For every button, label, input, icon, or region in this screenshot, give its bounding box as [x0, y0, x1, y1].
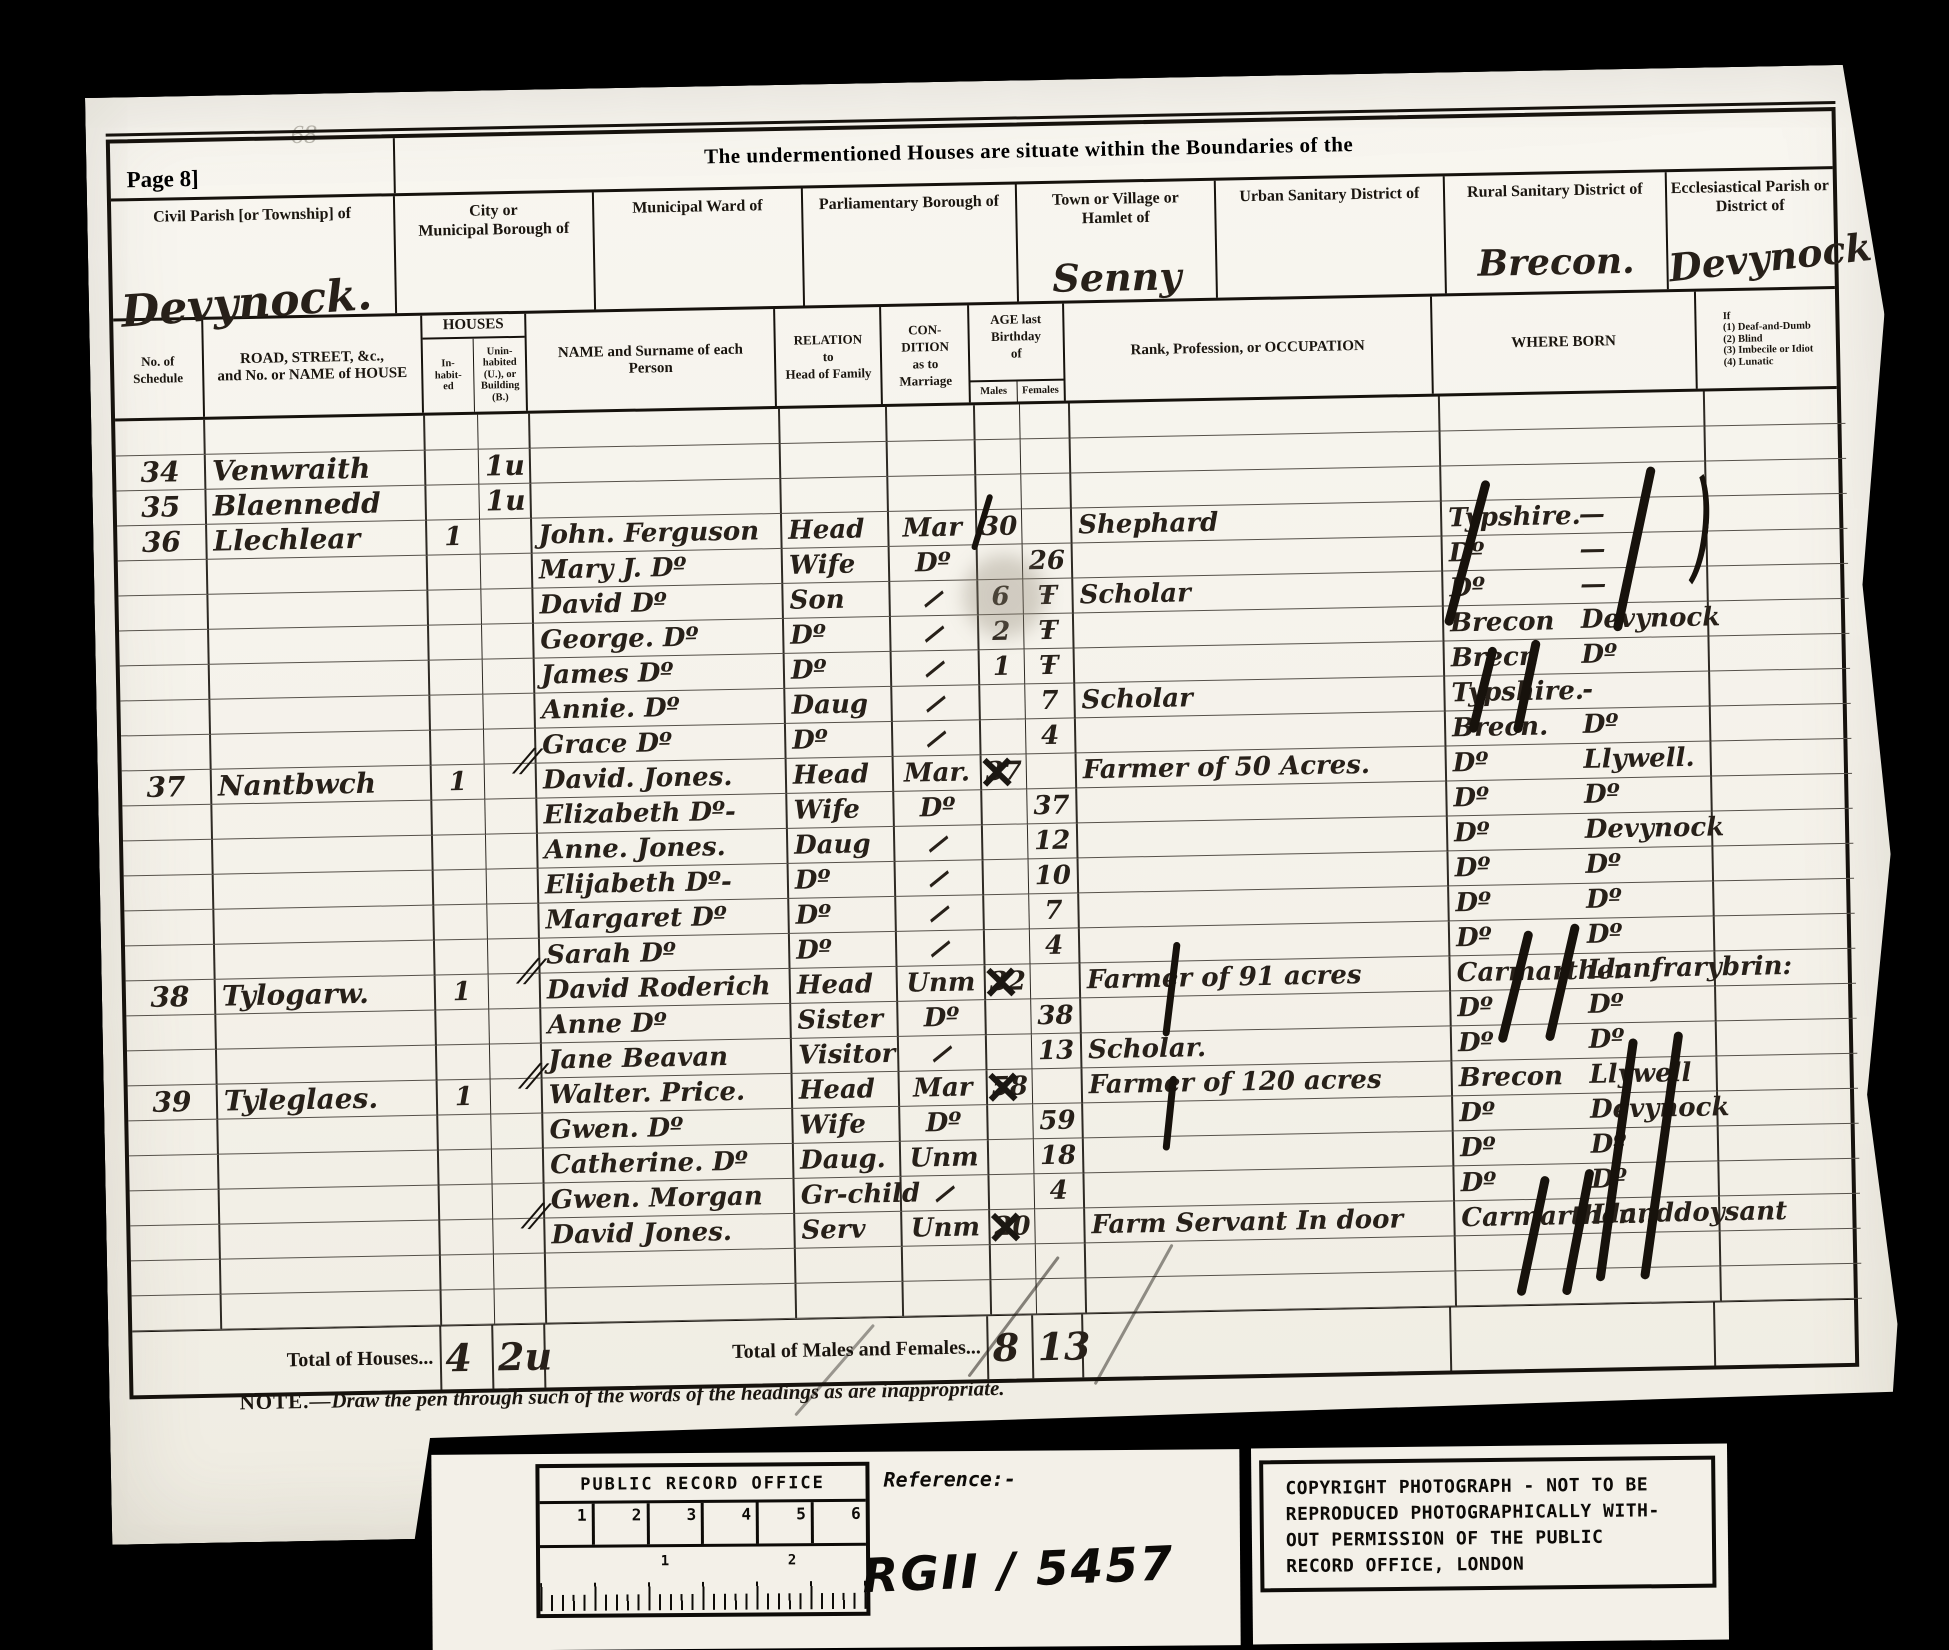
cell-born: Typshire.—	[1442, 497, 1708, 537]
cell-born: DºDº	[1451, 986, 1717, 1026]
cell-house	[218, 1116, 439, 1155]
cell-condition: Unm	[901, 1140, 990, 1177]
cell-inhab	[434, 905, 488, 941]
cell-age_f: 26	[1023, 543, 1074, 579]
header-where-born: WHERE BORN	[1432, 292, 1698, 394]
cell-house	[214, 906, 435, 945]
cell-name: ∕∕David Jones.	[545, 1214, 796, 1254]
cell-age_f: 37	[1027, 788, 1078, 824]
cell-age_m: 58	[987, 1069, 1033, 1105]
cell-age_f	[1027, 753, 1078, 789]
cell-name: David Dº	[533, 584, 784, 624]
cell-infirm	[1720, 1194, 1861, 1232]
header-houses: HOUSES	[422, 314, 525, 340]
district-town-village: Town or Village or Hamlet of Senny	[1017, 181, 1218, 302]
cell-relation: Sister	[791, 1002, 899, 1039]
cell-infirm	[1714, 879, 1855, 917]
cell-age_f	[1032, 1068, 1083, 1104]
district-label: Municipal Ward of	[594, 196, 801, 219]
cell-house	[216, 1011, 437, 1050]
header-occupation: Rank, Profession, or OCCUPATION	[1064, 297, 1434, 401]
cell-age_m	[976, 474, 1022, 510]
cell-name: Jane Beavan	[542, 1039, 793, 1079]
header-age: AGE last Birthday of	[969, 304, 1063, 381]
cell-infirm	[1705, 389, 1846, 427]
cell-schedule: 39	[128, 1085, 219, 1122]
cell-uninhab	[494, 1254, 547, 1290]
cell-condition: —	[897, 930, 986, 967]
cell-inhab: 1	[432, 765, 486, 801]
cell-condition: Dº	[890, 545, 979, 582]
district-value: Senny	[1018, 253, 1216, 302]
cell-infirm	[1721, 1264, 1862, 1302]
cell-condition	[888, 440, 977, 477]
cell-born	[1440, 392, 1706, 432]
cell-relation: Head	[791, 967, 899, 1004]
cell-born: DºDº	[1454, 1126, 1720, 1166]
scale-cells: 123456	[540, 1502, 866, 1548]
total-houses-label-cell: Total of Houses...	[132, 1327, 442, 1396]
district-label: Rural Sanitary District of	[1445, 179, 1665, 202]
cell-relation: Head	[782, 512, 890, 549]
cell-age_f: 10	[1029, 858, 1080, 894]
cell-age_m: 6	[978, 579, 1024, 615]
cell-uninhab	[487, 869, 540, 905]
cell-born: DºDº	[1452, 1021, 1718, 1061]
cell-age_m: 2	[979, 614, 1025, 650]
cell-relation: Dº	[785, 652, 893, 689]
cell-infirm	[1713, 844, 1854, 882]
cell-condition: Dº	[894, 790, 983, 827]
cell-schedule: 38	[126, 980, 217, 1017]
cell-inhab	[432, 800, 486, 836]
cell-age_f	[1022, 508, 1073, 544]
cell-age_f: 59	[1033, 1103, 1084, 1139]
cell-age_m: 1	[980, 649, 1026, 685]
scale-cell: 6	[814, 1502, 866, 1543]
cell-age_f	[1021, 473, 1072, 509]
cell-relation: Visitor	[792, 1037, 900, 1074]
cell-relation: Dº	[789, 862, 897, 899]
cell-name: John. Ferguson	[532, 514, 783, 554]
cell-inhab	[439, 1150, 493, 1186]
cell-relation	[781, 477, 889, 514]
cell-born	[1441, 462, 1707, 502]
cell-schedule	[120, 665, 211, 702]
cell-infirm	[1716, 984, 1857, 1022]
cell-house	[213, 836, 434, 875]
cell-name: Anne Dº	[541, 1004, 792, 1044]
district-civil-parish: Civil Parish [or Township] of Devynock.	[111, 196, 397, 318]
cell-born	[1456, 1231, 1722, 1271]
copyright-text: COPYRIGHT PHOTOGRAPH - NOT TO BE REPRODU…	[1259, 1456, 1716, 1593]
cell-relation: Head	[793, 1072, 901, 1109]
cell-uninhab	[478, 414, 531, 450]
total-females: 13	[1033, 1314, 1084, 1378]
cell-age_m	[991, 1244, 1037, 1280]
cell-condition: —	[896, 895, 985, 932]
cell-infirm	[1708, 564, 1849, 602]
cell-age_m	[980, 684, 1026, 720]
cell-schedule	[125, 945, 216, 982]
district-label: Civil Parish [or Township] of	[111, 203, 393, 227]
cell-infirm	[1715, 914, 1856, 952]
cell-name: James Dº	[535, 654, 786, 694]
cell-name: ∕∕Walter. Price.	[543, 1074, 794, 1114]
cell-house	[205, 416, 426, 455]
household-separator: ∕∕	[523, 955, 540, 989]
cell-schedule: 34	[116, 455, 207, 492]
page-number: Page 8]	[110, 138, 396, 198]
cell-schedule	[131, 1260, 222, 1297]
cell-schedule	[118, 560, 209, 597]
census-table: Page 8] The undermentioned Houses are si…	[106, 107, 1859, 1399]
cell-age_f	[1021, 438, 1072, 474]
cell-inhab	[429, 625, 483, 661]
cell-name: Grace Dº	[536, 724, 787, 764]
cell-schedule	[123, 840, 214, 877]
cell-relation: Head	[787, 757, 895, 794]
cell-age_m	[989, 1139, 1035, 1175]
cell-age_f: Ŧ	[1025, 648, 1076, 684]
household-separator: ∕∕	[525, 1060, 542, 1094]
cell-uninhab	[482, 624, 535, 660]
cell-house	[222, 1290, 443, 1329]
header-age-females: Females	[1017, 381, 1063, 402]
cell-house	[211, 731, 432, 770]
header-road-street: ROAD, STREET, &c., and No. or NAME of HO…	[203, 316, 424, 417]
district-label: Urban Sanitary District of	[1216, 183, 1443, 206]
cell-relation: Wife	[783, 547, 891, 584]
cell-condition: —	[892, 685, 981, 722]
header-infirmity: If (1) Deaf-and-Dumb (2) Blind (3) Imbec…	[1696, 289, 1837, 389]
cell-name: ∕∕David. Jones.	[537, 759, 788, 799]
cell-schedule	[126, 1015, 217, 1052]
cell-house	[210, 696, 431, 735]
cell-infirm	[1709, 634, 1850, 672]
cell-name: Catherine. Dº	[544, 1144, 795, 1184]
cell-infirm	[1712, 774, 1853, 812]
cell-inhab	[431, 730, 485, 766]
cell-inhab: 1	[436, 975, 490, 1011]
cell-house: Tylogarw.	[216, 976, 437, 1015]
cell-age_m	[976, 439, 1022, 475]
cell-condition	[887, 405, 976, 442]
scale-cell: 1	[540, 1504, 595, 1545]
header-inhabited: In- habit- ed	[422, 339, 475, 413]
cell-inhab	[438, 1115, 492, 1151]
cell-age_f: 7	[1025, 683, 1076, 719]
cell-born: BreconLlywell	[1452, 1056, 1718, 1096]
cell-condition: Dº	[900, 1105, 989, 1142]
scale-cell: 3	[649, 1503, 704, 1544]
census-paper-sheet: 68 Page 8] The undermentioned Houses are…	[85, 64, 1907, 1545]
cell-age_m	[984, 859, 1030, 895]
ruler-number: 2	[788, 1552, 797, 1568]
cell-relation: Son	[783, 582, 891, 619]
cell-relation	[796, 1282, 904, 1319]
cell-uninhab	[486, 834, 539, 870]
cell-infirm	[1715, 949, 1856, 987]
cell-infirm	[1706, 459, 1847, 497]
cell-condition: —	[891, 615, 980, 652]
cell-schedule	[124, 910, 215, 947]
ruler: 12	[540, 1546, 866, 1611]
cell-inhab	[434, 870, 488, 906]
cell-born: BreconDevynock	[1444, 601, 1710, 641]
cell-born: DºDº	[1448, 846, 1714, 886]
cell-inhab	[436, 1010, 490, 1046]
household-separator: ∕∕	[519, 745, 536, 779]
header-condition: CON- DITION as to Marriage	[882, 305, 971, 404]
cell-born: Dº—	[1443, 531, 1709, 571]
cell-age_f: 4	[1026, 718, 1077, 754]
cell-schedule: 37	[122, 770, 213, 807]
cell-house	[219, 1151, 440, 1190]
cell-condition: —	[890, 580, 979, 617]
cell-infirm	[1705, 424, 1846, 462]
cell-age_f: Ŧ	[1023, 578, 1074, 614]
cell-name: Gwen. Morgan	[545, 1179, 796, 1219]
cell-age_f	[1030, 963, 1081, 999]
cell-condition: Dº	[898, 1000, 987, 1037]
cell-relation: Wife	[787, 792, 895, 829]
cell-condition: —	[893, 720, 982, 757]
cell-condition	[888, 475, 977, 512]
cell-born	[1441, 427, 1707, 467]
cell-age_f: 7	[1029, 893, 1080, 929]
cell-name: Gwen. Dº	[543, 1109, 794, 1149]
cell-infirm	[1709, 599, 1850, 637]
cell-infirm	[1707, 529, 1848, 567]
cell-condition: —	[895, 825, 984, 862]
cell-name	[531, 479, 782, 519]
cell-infirm	[1707, 494, 1848, 532]
scale-cell: 4	[704, 1503, 759, 1544]
cell-inhab	[440, 1185, 494, 1221]
cell-house	[208, 591, 429, 630]
cell-relation: Gr-child	[794, 1177, 902, 1214]
cell-born: DºDº	[1449, 881, 1715, 921]
cell-condition: —	[901, 1175, 990, 1212]
cell-house	[220, 1221, 441, 1260]
cell-house: Blaennedd	[206, 486, 427, 525]
cell-born: DºDº	[1450, 916, 1716, 956]
cell-inhab	[428, 590, 482, 626]
cell-house	[210, 661, 431, 700]
cell-inhab	[441, 1254, 495, 1290]
cell-age_f: 4	[1030, 928, 1081, 964]
cell-uninhab	[495, 1289, 548, 1325]
reference-number: RGII / 5457	[861, 1536, 1175, 1604]
cell-age_f	[1020, 403, 1071, 439]
district-value: Brecon.	[1446, 239, 1667, 285]
cell-age_f: 4	[1034, 1173, 1085, 1209]
cell-inhab: 1	[438, 1080, 492, 1116]
cell-born	[1456, 1266, 1722, 1306]
cell-infirm	[1713, 809, 1854, 847]
cell-relation: Wife	[793, 1107, 901, 1144]
cell-age_m	[988, 1104, 1034, 1140]
cell-age_m: 20	[990, 1209, 1036, 1245]
header-name-surname: NAME and Surname of each Person	[526, 309, 777, 411]
cell-infirm	[1710, 669, 1851, 707]
cell-uninhab	[489, 1009, 542, 1045]
scale-cell: 5	[759, 1502, 814, 1543]
cell-condition	[903, 1245, 992, 1282]
district-parliamentary-borough: Parliamentary Borough of	[803, 184, 1019, 305]
cell-relation: Daug.	[794, 1142, 902, 1179]
cell-born: CarmarthenLlanfrarybrin:	[1450, 951, 1716, 991]
cell-inhab	[428, 555, 482, 591]
census-scan-page: { "page": { "label": "Page 8]", "title":…	[0, 0, 1949, 1650]
cell-age_f: 38	[1031, 998, 1082, 1034]
district-city-borough: City or Municipal Borough of	[395, 192, 596, 313]
cell-relation: Serv	[795, 1212, 903, 1249]
cell-born: Brecn.Dº	[1446, 706, 1712, 746]
cell-schedule	[129, 1155, 220, 1192]
cell-condition: Unm	[902, 1210, 991, 1247]
cell-relation: Dº	[786, 722, 894, 759]
scale-cell: 2	[594, 1503, 649, 1544]
cell-schedule	[119, 630, 210, 667]
cell-name	[546, 1249, 797, 1289]
cell-age_m	[978, 544, 1024, 580]
cell-condition: —	[896, 860, 985, 897]
cell-uninhab: 1u	[479, 484, 532, 520]
district-ecclesiastical-parish: Ecclesiastical Parish or District of Dev…	[1666, 169, 1834, 289]
cell-uninhab	[492, 1149, 545, 1185]
cell-schedule	[130, 1225, 221, 1262]
total-inhabited: 4	[441, 1326, 495, 1390]
cell-house: Llechlear	[207, 521, 428, 560]
cell-age_f: 18	[1034, 1138, 1085, 1174]
cell-inhab	[442, 1289, 496, 1325]
ruler-number: 1	[661, 1553, 670, 1569]
total-uninhabited: 2u	[493, 1325, 546, 1389]
cell-schedule: 36	[117, 525, 208, 562]
cell-uninhab	[485, 799, 538, 835]
cell-born: DºDevynock	[1453, 1091, 1719, 1131]
header-uninhabited: Unin- habited (U.), or Building (B.)	[474, 338, 526, 412]
cell-inhab	[433, 835, 487, 871]
cell-house	[212, 801, 433, 840]
header-age-group: AGE last Birthday of Males Females	[969, 304, 1065, 403]
cell-uninhab	[481, 554, 534, 590]
cell-relation	[781, 442, 889, 479]
cell-uninhab	[481, 589, 534, 625]
cell-age_f: 12	[1028, 823, 1079, 859]
cell-age_m	[991, 1279, 1037, 1315]
total-males: 8	[988, 1315, 1034, 1379]
cell-inhab	[426, 485, 480, 521]
pro-scale-box: PUBLIC RECORD OFFICE 123456 12	[535, 1462, 870, 1618]
cell-age_m	[986, 999, 1032, 1035]
cell-relation: Daug	[785, 687, 893, 724]
cell-house: Venwraith	[206, 451, 427, 490]
district-value: Devynock	[1666, 228, 1836, 290]
cell-born: Carmarthen.Llanddoysant	[1455, 1196, 1721, 1236]
cell-schedule	[118, 595, 209, 632]
public-record-office-stamp: PUBLIC RECORD OFFICE 123456 12 Reference…	[431, 1449, 1240, 1650]
cell-name: Annie. Dº	[535, 689, 786, 729]
cell-house: Nantbwch	[212, 766, 433, 805]
cell-condition: Mar	[889, 510, 978, 547]
district-label: Town or Village or Hamlet of	[1017, 188, 1215, 230]
cell-uninhab	[491, 1114, 544, 1150]
cell-inhab	[430, 660, 484, 696]
cell-name: Margaret Dº	[539, 899, 790, 939]
cell-name: Mary J. Dº	[533, 549, 784, 589]
cell-born: DºDº	[1447, 776, 1713, 816]
cell-infirm	[1711, 739, 1852, 777]
reference-label: Reference:-	[883, 1467, 1016, 1492]
cell-house	[220, 1186, 441, 1225]
cell-house	[215, 941, 436, 980]
cell-infirm	[1721, 1229, 1862, 1267]
cell-house: Tyleglaes.	[218, 1081, 439, 1120]
cell-relation: Dº	[790, 932, 898, 969]
cell-name	[547, 1284, 798, 1324]
cell-uninhab	[487, 904, 540, 940]
cell-condition: Unm	[898, 965, 987, 1002]
cell-name: Sarah Dº	[540, 934, 791, 974]
cell-house	[221, 1255, 442, 1294]
cell-inhab	[440, 1220, 494, 1256]
cell-born: Typshire.-	[1445, 671, 1711, 711]
cell-born: DºLlywell.	[1446, 741, 1712, 781]
cell-condition: Mar	[899, 1070, 988, 1107]
cell-uninhab	[483, 694, 536, 730]
table-rows: 34Venwraith1u35Blaennedd1u36Llechlear1Jo…	[115, 389, 1854, 1331]
cell-inhab	[430, 695, 484, 731]
cell-condition: —	[899, 1035, 988, 1072]
cell-relation	[796, 1247, 904, 1284]
cell-infirm	[1717, 1019, 1858, 1057]
cell-uninhab	[483, 659, 536, 695]
cell-schedule	[115, 420, 206, 457]
cell-inhab	[425, 415, 479, 451]
cell-age_f: Ŧ	[1024, 613, 1075, 649]
cell-relation	[780, 407, 888, 444]
district-label: Ecclesiastical Parish or District of	[1667, 176, 1834, 217]
cell-uninhab	[480, 519, 533, 555]
cell-name: Elijabeth Dº-	[539, 864, 790, 904]
cell-inhab: 1	[427, 520, 481, 556]
cell-occupation	[1086, 1271, 1457, 1313]
cell-condition: Mar.	[894, 755, 983, 792]
cell-schedule	[120, 700, 211, 737]
household-separator: ∕∕	[528, 1200, 545, 1234]
cell-age_f	[1036, 1243, 1087, 1279]
cell-house	[217, 1046, 438, 1085]
cell-age_f	[1035, 1208, 1086, 1244]
cell-schedule	[130, 1190, 221, 1227]
cell-schedule	[128, 1120, 219, 1157]
cell-infirm	[1711, 704, 1852, 742]
cell-relation: Dº	[789, 897, 897, 934]
cell-infirm	[1719, 1159, 1860, 1197]
cell-inhab	[435, 940, 489, 976]
cell-name: Elizabeth Dº-	[537, 794, 788, 834]
cell-relation: Dº	[784, 617, 892, 654]
cell-condition	[903, 1280, 992, 1317]
cell-age_m	[984, 894, 1030, 930]
cell-name	[530, 409, 781, 449]
cell-inhab	[437, 1045, 491, 1081]
header-age-males: Males	[971, 381, 1018, 402]
district-rural-sanitary: Rural Sanitary District of Brecon.	[1445, 172, 1669, 293]
